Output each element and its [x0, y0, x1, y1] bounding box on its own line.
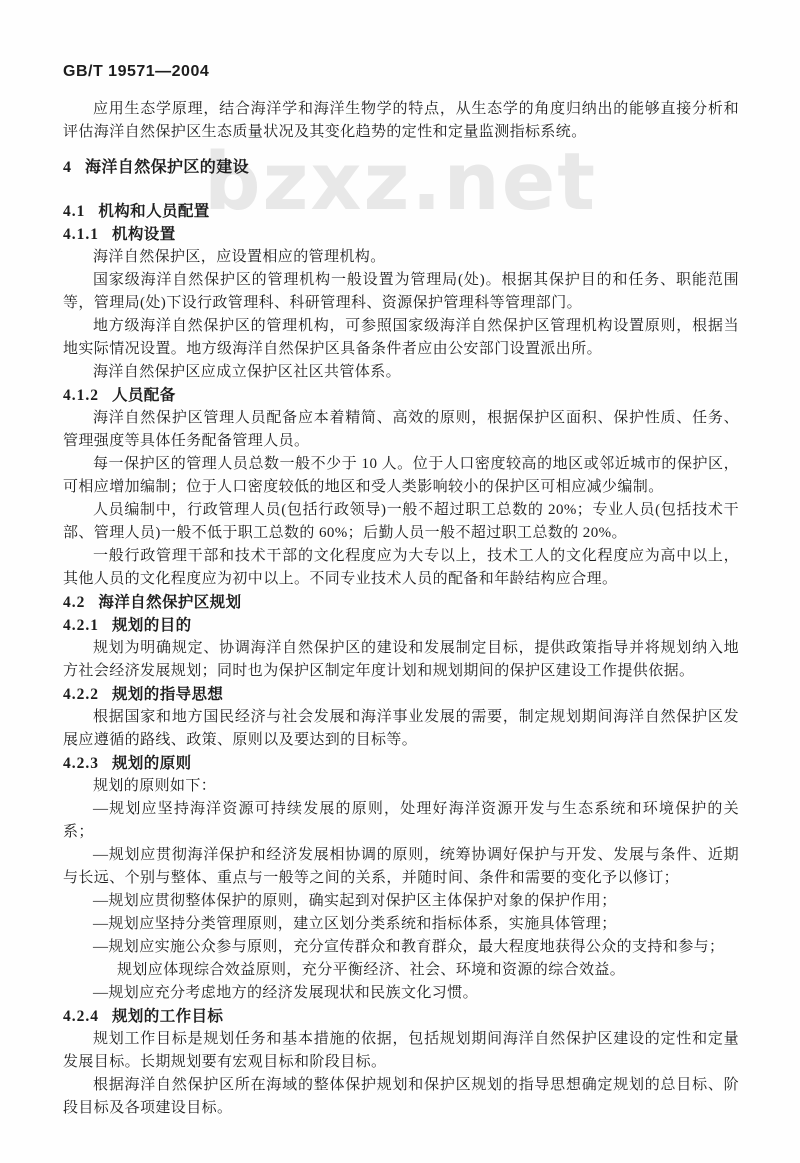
- section-heading: 4海洋自然保护区的建设: [63, 156, 739, 179]
- heading-number: 4.2.3: [63, 752, 99, 775]
- list-item: —规划应坚持海洋资源可持续发展的原则，处理好海洋资源开发与生态系统和环境保护的关…: [63, 798, 739, 844]
- heading-title: 海洋自然保护区规划: [98, 594, 241, 611]
- list-item: —规划应实施公众参与原则，充分宣传群众和教育群众，最大程度地获得公众的支持和参与…: [63, 936, 739, 959]
- page-content: GB/T 19571—2004 应用生态学原理，结合海洋学和海洋生物学的特点，从…: [63, 60, 739, 1120]
- heading-number: 4.1.2: [63, 384, 99, 407]
- paragraph: 国家级海洋自然保护区的管理机构一般设置为管理局(处)。根据其保护目的和任务、职能…: [63, 269, 739, 315]
- heading-title: 机构设置: [112, 226, 176, 243]
- heading-number: 4: [63, 156, 72, 179]
- section-heading: 4.1.1机构设置: [63, 223, 739, 246]
- standard-number: GB/T 19571—2004: [63, 60, 739, 83]
- paragraph: 每一保护区的管理人员总数一般不少于 10 人。位于人口密度较高的地区或邻近城市的…: [63, 453, 739, 499]
- paragraph: 地方级海洋自然保护区的管理机构，可参照国家级海洋自然保护区管理机构设置原则，根据…: [63, 315, 739, 361]
- paragraph: 根据海洋自然保护区所在海域的整体保护规划和保护区规划的指导思想确定规划的总目标、…: [63, 1074, 739, 1120]
- paragraph: 一般行政管理干部和技术干部的文化程度应为大专以上，技术工人的文化程度应为高中以上…: [63, 545, 739, 591]
- heading-number: 4.1: [63, 200, 85, 223]
- section-heading: 4.1机构和人员配置: [63, 200, 739, 223]
- paragraph: 规划的原则如下：: [63, 775, 739, 798]
- list-item: —规划应坚持分类管理原则，建立区划分类系统和指标体系，实施具体管理；: [63, 913, 739, 936]
- paragraph: 海洋自然保护区管理人员配备应本着精简、高效的原则，根据保护区面积、保护性质、任务…: [63, 407, 739, 453]
- document-body: 应用生态学原理，结合海洋学和海洋生物学的特点，从生态学的角度归纳出的能够直接分析…: [63, 98, 739, 1120]
- list-item: —规划应贯彻整体保护的原则，确实起到对保护区主体保护对象的保护作用；: [63, 890, 739, 913]
- document-page: bzxz.net GB/T 19571—2004 应用生态学原理，结合海洋学和海…: [0, 0, 800, 1163]
- heading-title: 人员配备: [112, 387, 176, 404]
- paragraph: 规划为明确规定、协调海洋自然保护区的建设和发展制定目标，提供政策指导并将规划纳入…: [63, 637, 739, 683]
- paragraph: 规划工作目标是规划任务和基本措施的依据，包括规划期间海洋自然保护区建设的定性和定…: [63, 1028, 739, 1074]
- paragraph: 海洋自然保护区应成立保护区社区共管体系。: [63, 361, 739, 384]
- heading-title: 规划的指导思想: [112, 686, 223, 703]
- list-item: —规划应充分考虑地方的经济发展现状和民族文化习惯。: [63, 982, 739, 1005]
- section-heading: 4.2.3规划的原则: [63, 752, 739, 775]
- heading-title: 海洋自然保护区的建设: [85, 159, 249, 176]
- heading-number: 4.2.2: [63, 683, 99, 706]
- paragraph: 人员编制中，行政管理人员(包括行政领导)一般不超过职工总数的 20%；专业人员(…: [63, 499, 739, 545]
- heading-title: 规划的原则: [112, 755, 192, 772]
- paragraph: 海洋自然保护区，应设置相应的管理机构。: [63, 246, 739, 269]
- heading-title: 机构和人员配置: [98, 203, 209, 220]
- paragraph: 规划应体现综合效益原则，充分平衡经济、社会、环境和资源的综合效益。: [63, 959, 739, 982]
- heading-title: 规划的目的: [112, 617, 192, 634]
- heading-number: 4.2.1: [63, 614, 99, 637]
- list-item: —规划应贯彻海洋保护和经济发展相协调的原则，统筹协调好保护与开发、发展与条件、近…: [63, 844, 739, 890]
- heading-title: 规划的工作目标: [112, 1008, 223, 1025]
- heading-number: 4.2: [63, 591, 85, 614]
- paragraph: 根据国家和地方国民经济与社会发展和海洋事业发展的需要，制定规划期间海洋自然保护区…: [63, 706, 739, 752]
- section-heading: 4.1.2人员配备: [63, 384, 739, 407]
- heading-number: 4.1.1: [63, 223, 99, 246]
- section-heading: 4.2.4规划的工作目标: [63, 1005, 739, 1028]
- heading-number: 4.2.4: [63, 1005, 99, 1028]
- section-heading: 4.2.2规划的指导思想: [63, 683, 739, 706]
- section-heading: 4.2.1规划的目的: [63, 614, 739, 637]
- paragraph: 应用生态学原理，结合海洋学和海洋生物学的特点，从生态学的角度归纳出的能够直接分析…: [63, 98, 739, 144]
- section-heading: 4.2海洋自然保护区规划: [63, 591, 739, 614]
